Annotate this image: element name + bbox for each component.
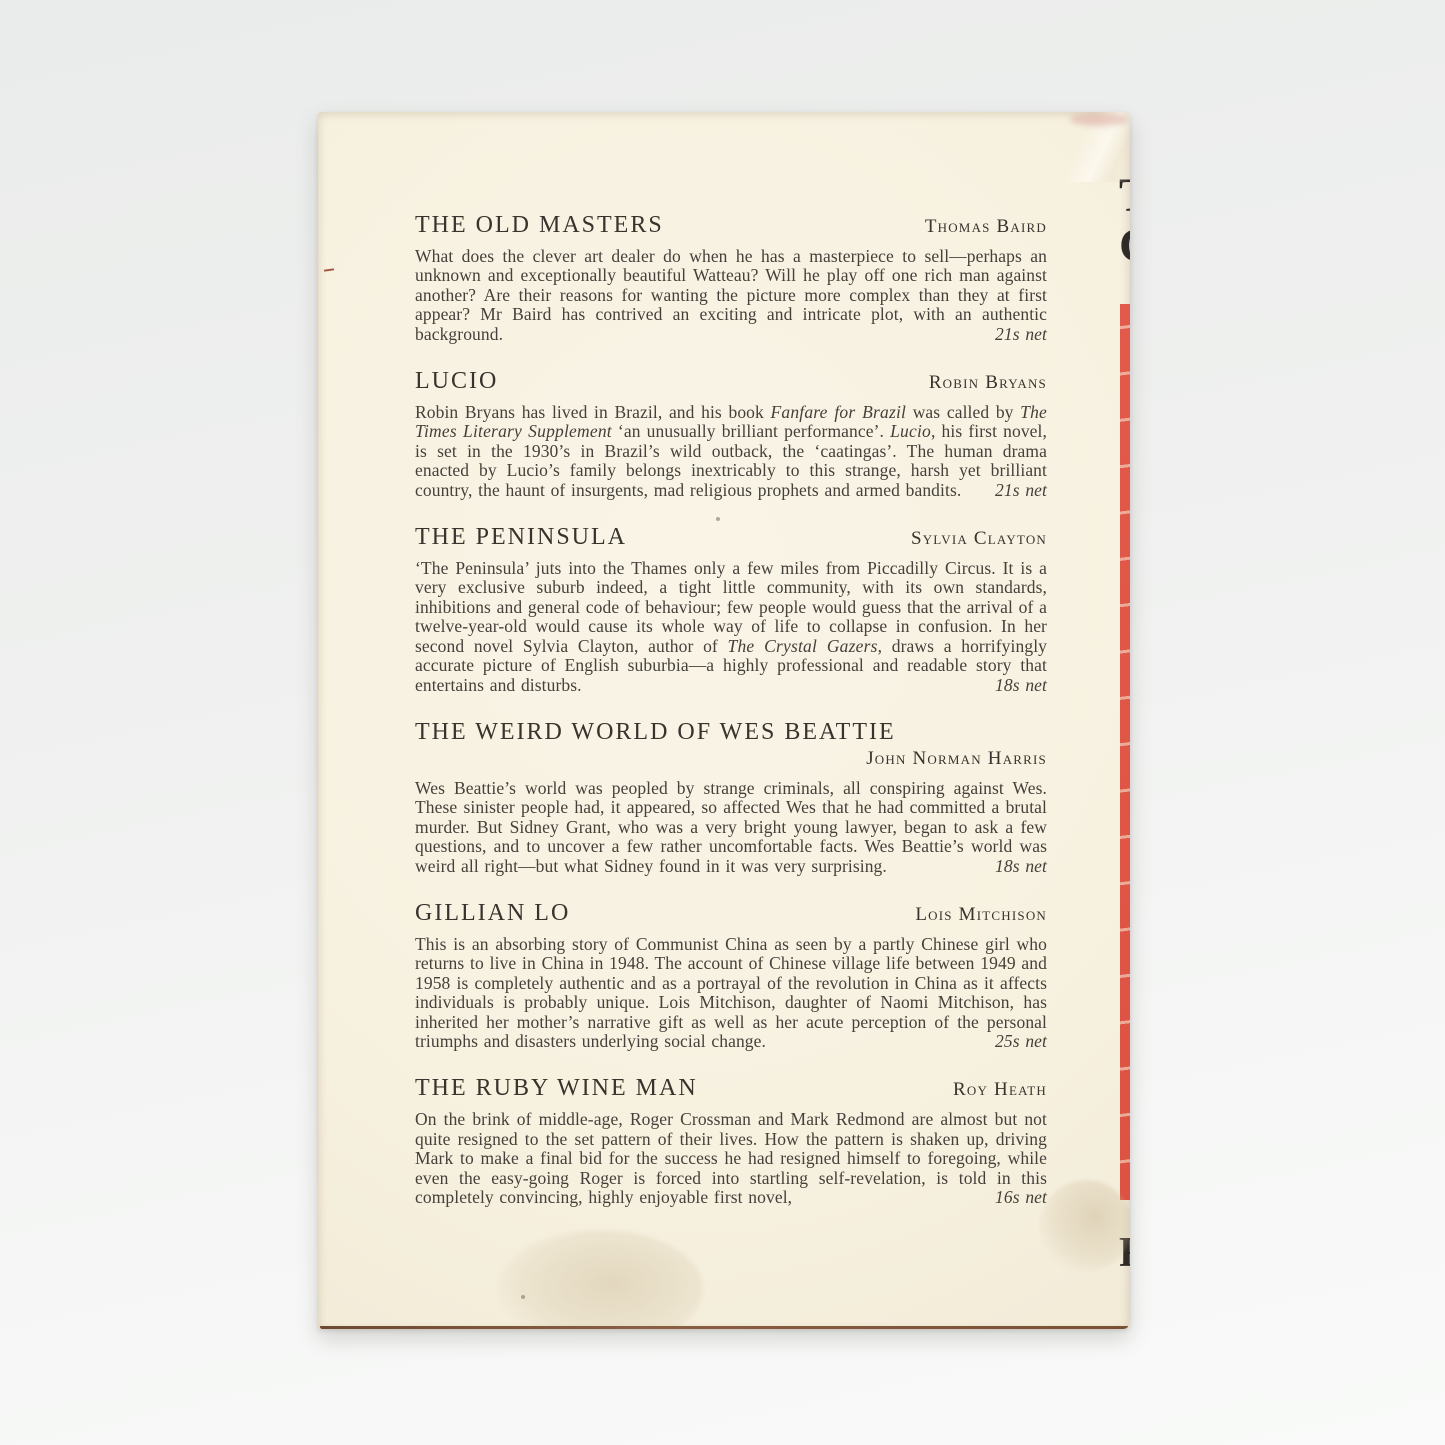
- blurb-column: THE OLD MASTERS Thomas Baird What does t…: [415, 112, 1047, 1231]
- section-header: THE OLD MASTERS Thomas Baird: [415, 212, 1047, 238]
- book-author: Lois Mitchison: [915, 904, 1047, 926]
- price-label: 25s net: [981, 1032, 1047, 1051]
- book-author: Roy Heath: [953, 1079, 1047, 1101]
- blurb-text: What does the clever art dealer do when …: [415, 247, 1047, 344]
- blurb-body-text: This is an absorbing story of Communist …: [415, 934, 1047, 1051]
- book-title: THE PENINSULA: [415, 524, 627, 550]
- book-title: THE RUBY WINE MAN: [415, 1075, 698, 1101]
- spine-partial-letter-t: T: [1119, 174, 1130, 218]
- blurb-text: On the brink of middle-age, Roger Crossm…: [415, 1110, 1047, 1207]
- blurb-section-wes-beattie: THE WEIRD WORLD OF WES BEATTIE John Norm…: [415, 719, 1047, 876]
- blurb-body-text: What does the clever art dealer do when …: [415, 246, 1047, 344]
- photo-background: THE OLD MASTERS Thomas Baird What does t…: [0, 0, 1445, 1445]
- book-author: Sylvia Clayton: [911, 528, 1047, 550]
- red-tick-mark: [324, 268, 334, 271]
- book-title: LUCIO: [415, 368, 498, 394]
- book-back-cover: THE OLD MASTERS Thomas Baird What does t…: [318, 112, 1130, 1329]
- price-label: 16s net: [981, 1188, 1047, 1207]
- section-header: GILLIAN LO Lois Mitchison: [415, 900, 1047, 926]
- blurb-text: Robin Bryans has lived in Brazil, and hi…: [415, 403, 1047, 500]
- section-header: LUCIO Robin Bryans: [415, 368, 1047, 394]
- blurb-body-text: On the brink of middle-age, Roger Crossm…: [415, 1109, 1047, 1207]
- price-label: 18s net: [981, 676, 1047, 695]
- blurb-body-text: Wes Beattie’s world was peopled by stran…: [415, 778, 1047, 876]
- paper-speck: [521, 1295, 525, 1299]
- blurb-section-the-old-masters: THE OLD MASTERS Thomas Baird What does t…: [415, 212, 1047, 344]
- book-author: John Norman Harris: [415, 748, 1047, 770]
- section-header: THE PENINSULA Sylvia Clayton: [415, 524, 1047, 550]
- section-header: THE WEIRD WORLD OF WES BEATTIE John Norm…: [415, 719, 1047, 770]
- section-header: THE RUBY WINE MAN Roy Heath: [415, 1075, 1047, 1101]
- blurb-section-gillian-lo: GILLIAN LO Lois Mitchison This is an abs…: [415, 900, 1047, 1051]
- book-title: GILLIAN LO: [415, 900, 570, 926]
- stain-mark: [498, 1230, 703, 1329]
- book-title: THE WEIRD WORLD OF WES BEATTIE: [415, 719, 1047, 745]
- book-author: Robin Bryans: [929, 372, 1047, 394]
- pink-smudge: [1070, 113, 1128, 126]
- spine-red-stripe: [1120, 304, 1130, 1200]
- blurb-text: Wes Beattie’s world was peopled by stran…: [415, 779, 1047, 876]
- price-label: 21s net: [981, 325, 1047, 344]
- price-label: 21s net: [981, 481, 1047, 500]
- blurb-text: ‘The Peninsula’ juts into the Thames onl…: [415, 559, 1047, 695]
- blurb-text: This is an absorbing story of Communist …: [415, 935, 1047, 1051]
- spine-partial-letter-c: C: [1119, 224, 1130, 272]
- book-title: THE OLD MASTERS: [415, 212, 664, 238]
- price-label: 18s net: [981, 857, 1047, 876]
- stain-mark: [1040, 1180, 1130, 1272]
- blurb-body-text: ‘The Peninsula’ juts into the Thames onl…: [415, 558, 1047, 694]
- blurb-section-ruby-wine-man: THE RUBY WINE MAN Roy Heath On the brink…: [415, 1075, 1047, 1207]
- paper-speck: [716, 517, 720, 521]
- book-author: Thomas Baird: [925, 216, 1047, 238]
- blurb-section-lucio: LUCIO Robin Bryans Robin Bryans has live…: [415, 368, 1047, 500]
- blurb-body-text: Robin Bryans has lived in Brazil, and hi…: [415, 402, 1047, 500]
- blurb-section-the-peninsula: THE PENINSULA Sylvia Clayton ‘The Penins…: [415, 524, 1047, 695]
